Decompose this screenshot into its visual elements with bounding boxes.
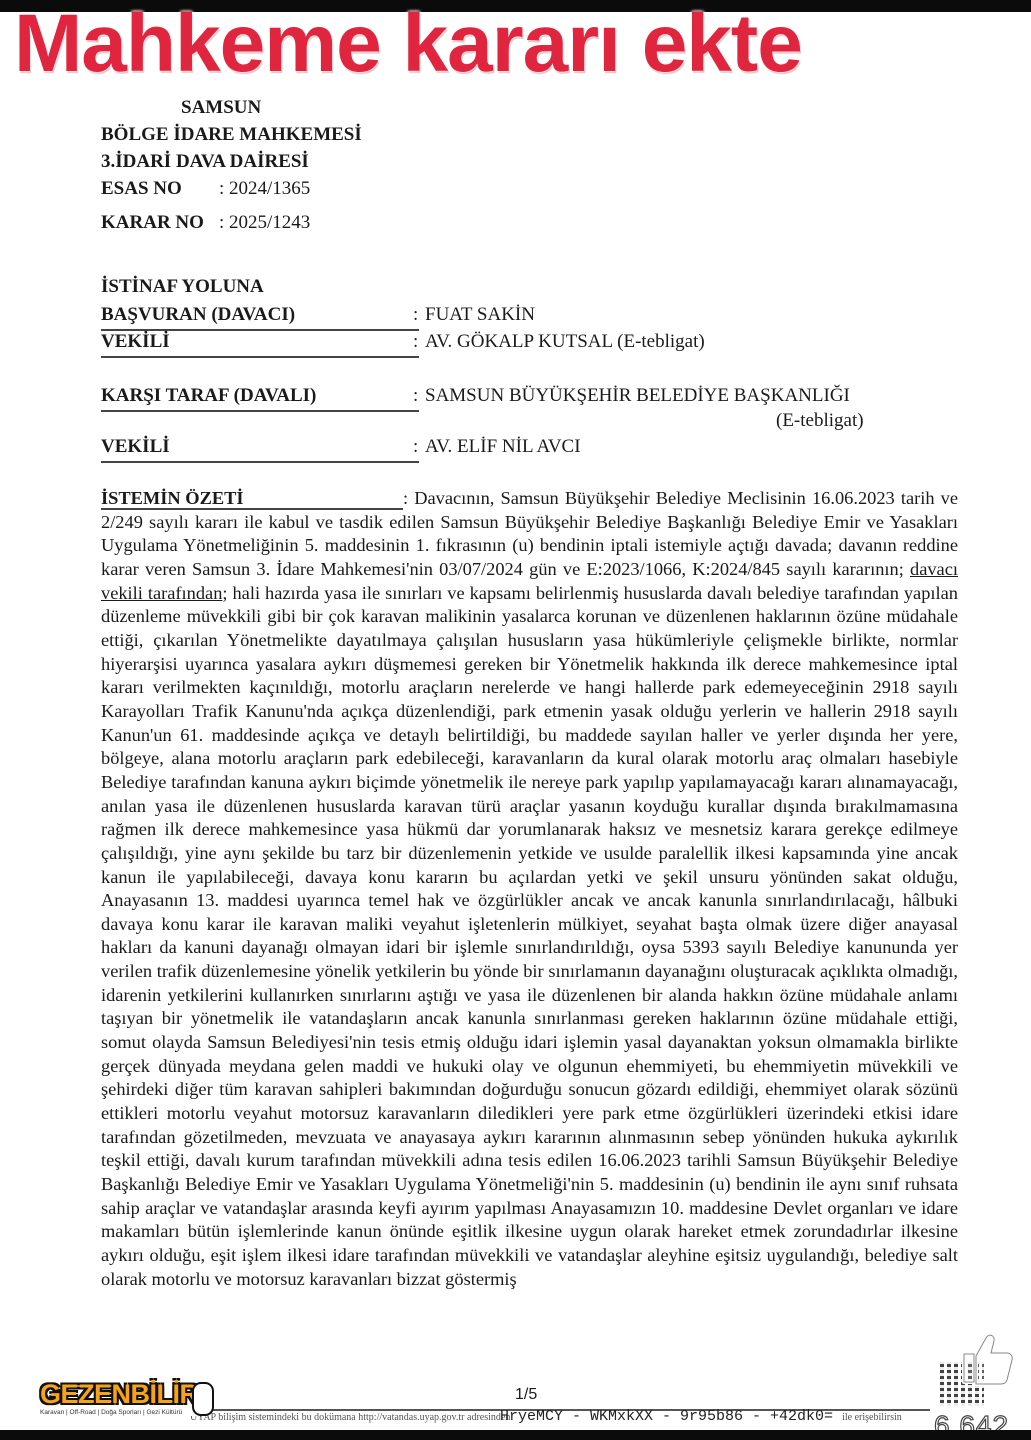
applicant-counsel-value: AV. GÖKALP KUTSAL (E-tebligat)	[425, 329, 705, 355]
esas-no-row: ESAS NO : 2024/1365	[101, 175, 362, 202]
esas-no-value: : 2024/1365	[219, 175, 310, 202]
karar-no-label: KARAR NO	[101, 209, 219, 236]
respondent-row: KARŞI TARAF (DAVALI) : SAMSUN BÜYÜKŞEHİR…	[101, 383, 419, 412]
court-chamber: 3.İDARİ DAVA DAİRESİ	[101, 148, 362, 175]
headline-caption: Mahkeme kararı ekte	[14, 0, 1024, 92]
separator: :	[413, 302, 418, 328]
summary-label: İSTEMİN ÖZETİ	[101, 488, 403, 510]
respondent-counsel-label: VEKİLİ	[101, 434, 419, 463]
verify-code: HryeMCY - WKMxkXX - 9r95b86 - +42dk0=	[500, 1408, 833, 1425]
court-header: SAMSUN BÖLGE İDARE MAHKEMESİ 3.İDARİ DAV…	[101, 94, 362, 236]
applicant-counsel-row: VEKİLİ : AV. GÖKALP KUTSAL (E-tebligat)	[101, 329, 419, 358]
summary-text-2: ; hali hazırda yasa ile sınırları ve kap…	[101, 583, 958, 1289]
applicant-row: BAŞVURAN (DAVACI) : FUAT SAKİN	[101, 302, 419, 331]
page-number: 1/5	[515, 1386, 537, 1404]
applicant-label: BAŞVURAN (DAVACI)	[101, 302, 419, 331]
court-name: BÖLGE İDARE MAHKEMESİ	[101, 121, 362, 148]
footer-verify-code: HryeMCY - WKMxkXX - 9r95b86 - +42dk0= il…	[500, 1408, 902, 1425]
footer-verify-text: UYAP bilişim sistemindeki bu dokümana ht…	[190, 1412, 510, 1423]
bottom-black-bar	[0, 1430, 1031, 1440]
logo-brand: GEZENBİLİR	[40, 1380, 199, 1408]
verify-code-tail: ile erişebilirsin	[842, 1412, 902, 1423]
karar-no-value: : 2025/1243	[219, 209, 310, 236]
respondent-counsel-row: VEKİLİ : AV. ELİF NİL AVCI	[101, 434, 419, 463]
respondent-counsel-value: AV. ELİF NİL AVCI	[425, 434, 581, 460]
separator: :	[413, 434, 418, 460]
claim-summary: İSTEMİN ÖZETİ: Davacının, Samsun Büyükşe…	[101, 487, 958, 1291]
applicant-counsel-label: VEKİLİ	[101, 329, 419, 358]
applicant-value: FUAT SAKİN	[425, 302, 535, 328]
respondent-label: KARŞI TARAF (DAVALI)	[101, 383, 419, 412]
istinaf-heading: İSTİNAF YOLUNA	[101, 276, 264, 298]
court-city: SAMSUN	[101, 94, 362, 121]
karar-no-row: KARAR NO : 2025/1243	[101, 209, 362, 236]
separator: :	[413, 383, 418, 409]
footprint-icon	[192, 1382, 214, 1416]
thumbs-up-icon[interactable]	[956, 1330, 1016, 1386]
respondent-note: (E-tebligat)	[776, 408, 864, 434]
gezenbilir-logo: GEZENBİLİR Karavan | Off-Road | Doğa Spo…	[40, 1380, 199, 1416]
logo-tagline: Karavan | Off-Road | Doğa Sporları | Gez…	[40, 1409, 199, 1416]
respondent-value: SAMSUN BÜYÜKŞEHİR BELEDİYE BAŞKANLIĞI	[425, 383, 850, 409]
esas-no-label: ESAS NO	[101, 175, 219, 202]
separator: :	[413, 329, 418, 355]
